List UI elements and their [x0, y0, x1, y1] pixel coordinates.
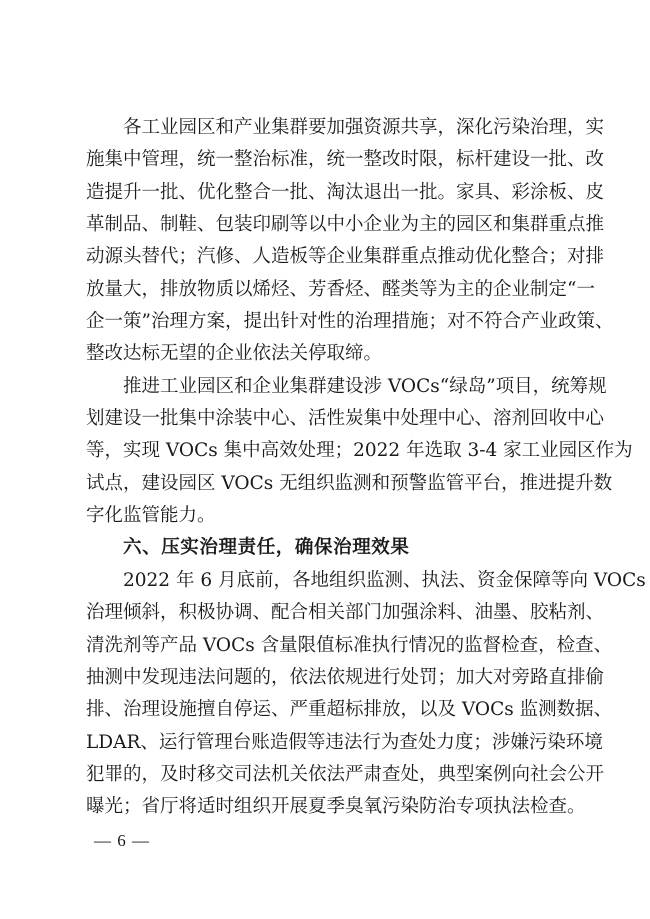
text-line: LDAR、运行管理台账造假等违法行为查处力度；涉嫌污染环境: [86, 727, 564, 759]
text-line: 犯罪的，及时移交司法机关依法严肃查处，典型案例向社会公开: [86, 759, 564, 791]
text-line: 试点，建设园区 VOCs 无组织监测和预警监管平台，推进提升数: [86, 468, 564, 500]
page-number: — 6 —: [94, 827, 150, 855]
document-page: 各工业园区和产业集群要加强资源共享，深化污染治理，实 施集中管理，统一整治标准，…: [0, 0, 650, 919]
text-line: 等，实现 VOCs 集中高效处理；2022 年选取 3-4 家工业园区作为: [86, 435, 564, 467]
paragraph-enforcement: 2022 年 6 月底前，各地组织监测、执法、资金保障等向 VOCs 治理倾斜，…: [86, 565, 564, 824]
section-heading: 六、压实治理责任，确保治理效果: [86, 532, 564, 564]
text-line: 革制品、制鞋、包装印刷等以中小企业为主的园区和集群重点推: [86, 209, 564, 241]
document-body: 各工业园区和产业集群要加强资源共享，深化污染治理，实 施集中管理，统一整治标准，…: [86, 112, 564, 824]
section-heading-text: 六、压实治理责任，确保治理效果: [86, 532, 564, 564]
text-line: 放量大，排放物质以烯烃、芳香烃、醛类等为主的企业制定“一: [86, 274, 564, 306]
text-line: 抽测中发现违法问题的，依法依规进行处罚；加大对旁路直排偷: [86, 662, 564, 694]
text-line: 施集中管理，统一整治标准，统一整改时限，标杆建设一批、改: [86, 144, 564, 176]
text-line: 动源头替代；汽修、人造板等企业集群重点推动优化整合；对排: [86, 241, 564, 273]
text-line: 曝光；省厅将适时组织开展夏季臭氧污染防治专项执法检查。: [86, 791, 564, 823]
text-line: 造提升一批、优化整合一批、淘汰退出一批。家具、彩涂板、皮: [86, 177, 564, 209]
text-line: 划建设一批集中涂装中心、活性炭集中处理中心、溶剂回收中心: [86, 403, 564, 435]
text-line: 整改达标无望的企业依法关停取缔。: [86, 338, 564, 370]
text-line: 企一策”治理方案，提出针对性的治理措施；对不符合产业政策、: [86, 306, 564, 338]
text-line: 治理倾斜，积极协调、配合相关部门加强涂料、油墨、胶粘剂、: [86, 597, 564, 629]
text-line: 字化监管能力。: [86, 500, 564, 532]
text-line: 清洗剂等产品 VOCs 含量限值标准执行情况的监督检查，检查、: [86, 630, 564, 662]
text-line: 排、治理设施擅自停运、严重超标排放，以及 VOCs 监测数据、: [86, 694, 564, 726]
text-line: 2022 年 6 月底前，各地组织监测、执法、资金保障等向 VOCs: [86, 565, 564, 597]
paragraph-industrial-parks: 各工业园区和产业集群要加强资源共享，深化污染治理，实 施集中管理，统一整治标准，…: [86, 112, 564, 371]
text-line: 各工业园区和产业集群要加强资源共享，深化污染治理，实: [86, 112, 564, 144]
paragraph-green-island: 推进工业园区和企业集群建设涉 VOCs“绿岛”项目，统筹规 划建设一批集中涂装中…: [86, 371, 564, 533]
text-line: 推进工业园区和企业集群建设涉 VOCs“绿岛”项目，统筹规: [86, 371, 564, 403]
